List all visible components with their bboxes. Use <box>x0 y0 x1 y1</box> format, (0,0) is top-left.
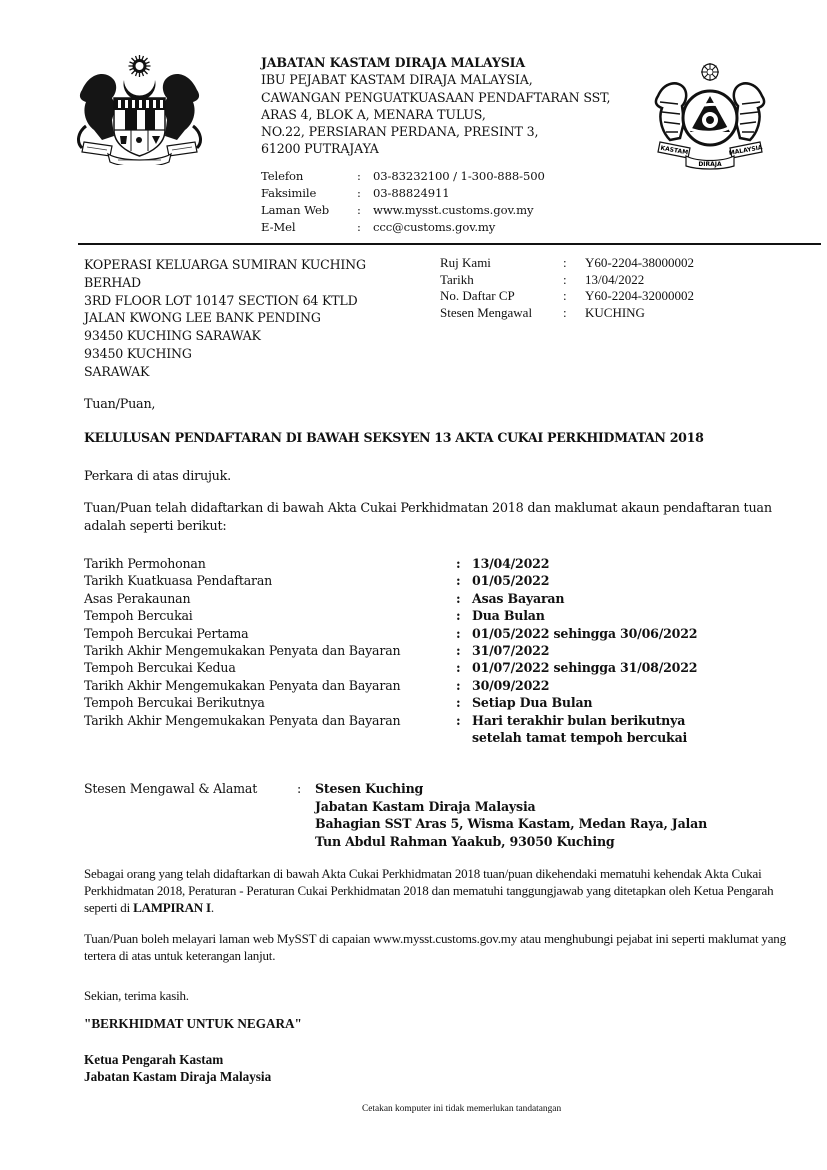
reference-separator: : <box>563 305 585 322</box>
computer-print-note: Cetakan komputer ini tidak memerlukan ta… <box>362 1104 561 1114</box>
station-line: Jabatan Kastam Diraja Malaysia <box>315 798 707 816</box>
contact-label: Telefon <box>261 168 357 185</box>
detail-value: Dua Bulan <box>472 607 545 624</box>
salutation: Tuan/Puan, <box>84 397 155 412</box>
motto: "BERKHIDMAT UNTUK NEGARA" <box>84 1016 302 1032</box>
reference-label: No. Daftar CP <box>440 288 563 305</box>
signatory-block: Ketua Pengarah Kastam Jabatan Kastam Dir… <box>84 1051 271 1086</box>
station-value: Stesen Kuching Jabatan Kastam Diraja Mal… <box>315 780 707 850</box>
detail-value: Setiap Dua Bulan <box>472 694 592 711</box>
letterhead-line: NO.22, PERSIARAN PERDANA, PRESINT 3, <box>261 123 610 140</box>
signatory-title: Ketua Pengarah Kastam <box>84 1051 271 1068</box>
reference-value: KUCHING <box>585 305 645 322</box>
email-link[interactable]: ccc@customs.gov.my <box>373 219 495 236</box>
detail-value: Asas Bayaran <box>472 590 564 607</box>
signatory-department: Jabatan Kastam Diraja Malaysia <box>84 1068 271 1085</box>
detail-label: Tarikh Akhir Mengemukakan Penyata dan Ba… <box>84 642 456 659</box>
closing-line: Sekian, terima kasih. <box>84 987 189 1004</box>
detail-separator: : <box>456 642 472 659</box>
detail-row: Tarikh Kuatkuasa Pendaftaran:01/05/2022 <box>84 572 697 589</box>
detail-separator: : <box>456 572 472 589</box>
registration-details: Tarikh Permohonan:13/04/2022 Tarikh Kuat… <box>84 555 697 746</box>
detail-label: Tarikh Kuatkuasa Pendaftaran <box>84 572 456 589</box>
detail-separator: : <box>456 694 472 711</box>
reference-row: No. Daftar CP : Y60-2204-32000002 <box>440 288 694 305</box>
reference-value: 13/04/2022 <box>585 272 644 289</box>
addressee-line: BERHAD <box>84 274 366 292</box>
ribbon-text-diraja: DIRAJA <box>698 161 722 168</box>
customs-department-emblem-icon: KASTAM DIRAJA MALAYSIA <box>650 62 770 170</box>
detail-label: Tempoh Bercukai Pertama <box>84 625 456 642</box>
detail-separator: : <box>456 607 472 624</box>
addressee-line: 93450 KUCHING SARAWAK <box>84 327 366 345</box>
detail-row: Tempoh Bercukai Kedua:01/07/2022 sehingg… <box>84 659 697 676</box>
addressee-line: SARAWAK <box>84 363 366 381</box>
detail-separator: : <box>456 659 472 676</box>
contact-row-fax: Faksimile : 03-88824911 <box>261 185 545 202</box>
reference-row: Stesen Mengawal : KUCHING <box>440 305 694 322</box>
detail-separator: : <box>456 625 472 642</box>
contact-row-website: Laman Web : www.mysst.customs.gov.my <box>261 202 545 219</box>
letter-subject: KELULUSAN PENDAFTARAN DI BAWAH SEKSYEN 1… <box>84 430 704 445</box>
addressee-line: JALAN KWONG LEE BANK PENDING <box>84 309 366 327</box>
station-label: Stesen Mengawal & Alamat <box>84 780 297 850</box>
detail-value: 13/04/2022 <box>472 555 549 572</box>
website-link[interactable]: www.mysst.customs.gov.my <box>373 202 533 219</box>
detail-separator: : <box>456 555 472 572</box>
station-address: Stesen Mengawal & Alamat : Stesen Kuchin… <box>84 780 707 850</box>
detail-row: Tarikh Akhir Mengemukakan Penyata dan Ba… <box>84 712 697 747</box>
detail-label: Tarikh Akhir Mengemukakan Penyata dan Ba… <box>84 677 456 694</box>
detail-separator: : <box>456 677 472 694</box>
header-divider <box>78 243 821 245</box>
detail-value: 01/05/2022 <box>472 572 549 589</box>
website-paragraph: Tuan/Puan boleh melayari laman web MySST… <box>84 930 804 964</box>
detail-label: Asas Perakaunan <box>84 590 456 607</box>
station-line: Bahagian SST Aras 5, Wisma Kastam, Medan… <box>315 815 707 833</box>
contact-separator: : <box>357 168 373 185</box>
detail-row: Tempoh Bercukai:Dua Bulan <box>84 607 697 624</box>
contact-row-email: E-Mel : ccc@customs.gov.my <box>261 219 545 236</box>
detail-label: Tempoh Bercukai <box>84 607 456 624</box>
letterhead-line: 61200 PUTRAJAYA <box>261 140 610 157</box>
reference-separator: : <box>563 255 585 272</box>
detail-row: Tempoh Bercukai Pertama:01/05/2022 sehin… <box>84 625 697 642</box>
addressee-line: 3RD FLOOR LOT 10147 SECTION 64 KTLD <box>84 292 366 310</box>
station-line: Stesen Kuching <box>315 780 707 798</box>
letterhead-line: ARAS 4, BLOK A, MENARA TULUS, <box>261 106 610 123</box>
detail-value: Hari terakhir bulan berikutnyasetelah ta… <box>472 712 687 747</box>
reference-row: Ruj Kami : Y60-2204-38000002 <box>440 255 694 272</box>
letterhead-line: CAWANGAN PENGUATKUASAAN PENDAFTARAN SST, <box>261 89 610 106</box>
reference-label: Ruj Kami <box>440 255 563 272</box>
appendix-reference: LAMPIRAN I <box>133 900 211 915</box>
contact-value: 03-83232100 / 1-300-888-500 <box>373 168 545 185</box>
contact-label: Faksimile <box>261 185 357 202</box>
detail-row: Asas Perakaunan:Asas Bayaran <box>84 590 697 607</box>
detail-label: Tarikh Permohonan <box>84 555 456 572</box>
addressee-line: KOPERASI KELUARGA SUMIRAN KUCHING <box>84 256 366 274</box>
station-line: Tun Abdul Rahman Yaakub, 93050 Kuching <box>315 833 707 851</box>
contact-separator: : <box>357 219 373 236</box>
letterhead-line: IBU PEJABAT KASTAM DIRAJA MALAYSIA, <box>261 71 610 88</box>
reference-separator: : <box>563 272 585 289</box>
detail-label: Tempoh Bercukai Kedua <box>84 659 456 676</box>
detail-label: Tarikh Akhir Mengemukakan Penyata dan Ba… <box>84 712 456 747</box>
station-separator: : <box>297 780 315 850</box>
addressee-block: KOPERASI KELUARGA SUMIRAN KUCHING BERHAD… <box>84 256 366 381</box>
contact-info: Telefon : 03-83232100 / 1-300-888-500 Fa… <box>261 168 545 236</box>
reference-label: Tarikh <box>440 272 563 289</box>
detail-row: Tempoh Bercukai Berikutnya:Setiap Dua Bu… <box>84 694 697 711</box>
detail-value: 30/09/2022 <box>472 677 549 694</box>
reference-line: Perkara di atas dirujuk. <box>84 469 231 484</box>
detail-value: 01/07/2022 sehingga 31/08/2022 <box>472 659 697 676</box>
letterhead-address: JABATAN KASTAM DIRAJA MALAYSIA IBU PEJAB… <box>261 54 610 158</box>
contact-separator: : <box>357 202 373 219</box>
reference-block: Ruj Kami : Y60-2204-38000002 Tarikh : 13… <box>440 255 694 321</box>
contact-value: 03-88824911 <box>373 185 450 202</box>
detail-value: 31/07/2022 <box>472 642 549 659</box>
organization-name: JABATAN KASTAM DIRAJA MALAYSIA <box>261 54 610 71</box>
detail-value-line: setelah tamat tempoh bercukai <box>472 730 687 745</box>
detail-separator: : <box>456 590 472 607</box>
detail-separator: : <box>456 712 472 747</box>
reference-label: Stesen Mengawal <box>440 305 563 322</box>
detail-label: Tempoh Bercukai Berikutnya <box>84 694 456 711</box>
detail-row: Tarikh Akhir Mengemukakan Penyata dan Ba… <box>84 677 697 694</box>
compliance-paragraph: Sebagai orang yang telah didaftarkan di … <box>84 865 804 917</box>
contact-separator: : <box>357 185 373 202</box>
detail-value-line: Hari terakhir bulan berikutnya <box>472 713 685 728</box>
contact-label: Laman Web <box>261 202 357 219</box>
reference-row: Tarikh : 13/04/2022 <box>440 272 694 289</box>
reference-value: Y60-2204-38000002 <box>585 255 694 272</box>
intro-paragraph: Tuan/Puan telah didaftarkan di bawah Akt… <box>84 500 804 536</box>
reference-separator: : <box>563 288 585 305</box>
contact-label: E-Mel <box>261 219 357 236</box>
addressee-line: 93450 KUCHING <box>84 345 366 363</box>
detail-value: 01/05/2022 sehingga 30/06/2022 <box>472 625 697 642</box>
reference-value: Y60-2204-32000002 <box>585 288 694 305</box>
detail-row: Tarikh Permohonan:13/04/2022 <box>84 555 697 572</box>
contact-row-phone: Telefon : 03-83232100 / 1-300-888-500 <box>261 168 545 185</box>
compliance-text-end: . <box>211 900 214 915</box>
detail-row: Tarikh Akhir Mengemukakan Penyata dan Ba… <box>84 642 697 659</box>
malaysia-coat-of-arms-icon <box>72 50 207 165</box>
